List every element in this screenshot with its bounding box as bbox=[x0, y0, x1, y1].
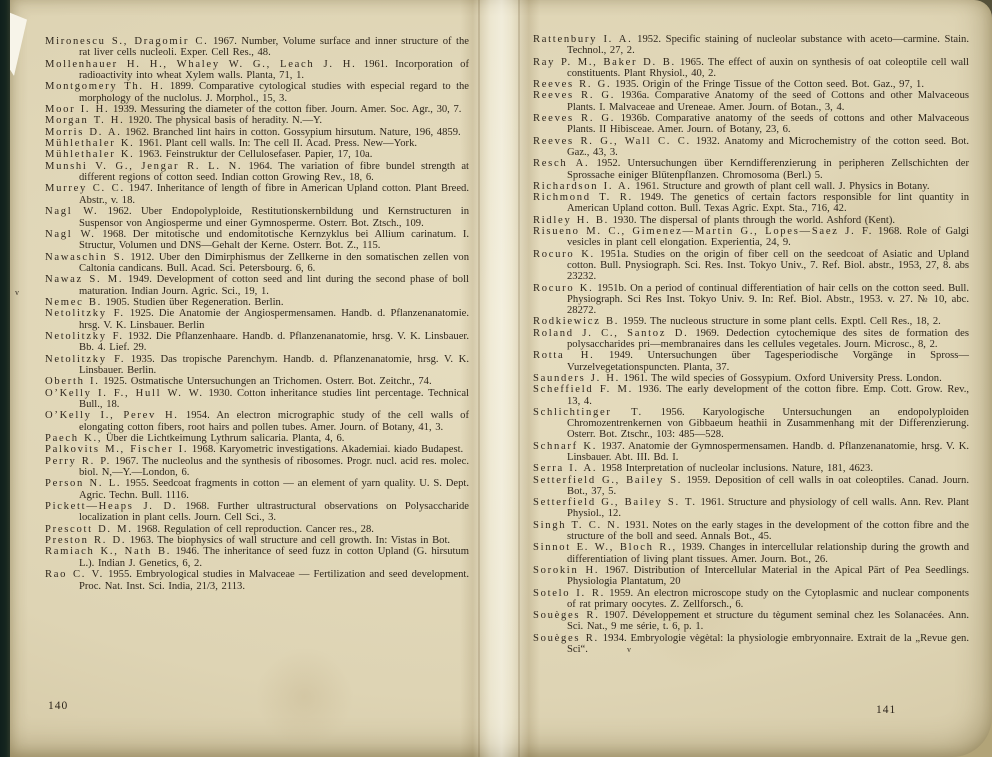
bibliography-entry: Richmond T. R. 1949. The genetics of cer… bbox=[533, 192, 969, 215]
entry-author: Murrey C. C. bbox=[45, 183, 129, 194]
bibliography-entry: Moor I. H. 1939. Messuring the diameter … bbox=[45, 104, 469, 115]
bibliography-entry: Reeves R. G., Wall C. C. 1932. Anatomy a… bbox=[533, 136, 969, 159]
entry-text: 1939. Messuring the diameter of the cott… bbox=[113, 104, 461, 115]
bibliography-entry: Ray P. M., Baker D. B. 1965. The effect … bbox=[533, 57, 969, 80]
entry-author: Pickett—Heaps J. D. bbox=[45, 501, 185, 512]
entry-text: 1952. Untersuchungen über Kerndifferenzi… bbox=[567, 158, 969, 180]
entry-text: 1951b. On a period of continual differen… bbox=[567, 283, 969, 317]
entry-author: Nagl W. bbox=[45, 229, 102, 240]
bibliography-entry: Schlichtinger T. 1956. Karyologische Unt… bbox=[533, 407, 969, 441]
bibliography-entry: Sinnot E. W., Bloch R., 1939. Changes in… bbox=[533, 542, 969, 565]
entry-author: Reeves R. G. bbox=[533, 113, 621, 124]
entry-author: Ramiach K., Nath B. bbox=[45, 546, 175, 557]
bibliography-entry: Rocuro K. 1951a. Studies on the origin o… bbox=[533, 249, 969, 283]
entry-text: 1932. Die Pflanzenhaare. Handb. d. Pflan… bbox=[79, 331, 469, 353]
entry-author: Reeves R. G. bbox=[533, 79, 615, 90]
entry-author: Souèges R. bbox=[533, 633, 603, 644]
entry-text: 1907. Développement et structure du tègu… bbox=[567, 610, 969, 632]
entry-author: Richardson I. A. bbox=[533, 181, 635, 192]
entry-author: Preston R. D. bbox=[45, 535, 130, 546]
left-page-bibliography: Mironescu S., Dragomir C. 1967. Number, … bbox=[45, 36, 469, 592]
entry-text: 1963. Feinstruktur der Cellulosefaser. P… bbox=[138, 149, 372, 160]
bibliography-entry: Sorokin H. 1967. Distribution of Interce… bbox=[533, 565, 969, 588]
bibliography-entry: Reeves R. G. 1936a. Comparative Anatomy … bbox=[533, 90, 969, 113]
entry-text: 1951a. Studies on the origin of fiber ce… bbox=[567, 249, 969, 283]
entry-author: O’Kelly I., Perev H. bbox=[45, 410, 186, 421]
bibliography-entry: Singh T. C. N. 1931. Notes on the early … bbox=[533, 520, 969, 543]
entry-text: 1963. The biophysics of wall structure a… bbox=[130, 535, 450, 546]
bibliography-entry: Mollenhauer H. H., Whaley W. G., Leach J… bbox=[45, 59, 469, 82]
entry-text: 1925. Ostmatische Untersuchungen an Tric… bbox=[103, 376, 431, 387]
entry-text: 1961. The wild species of Gossypium. Oxf… bbox=[624, 373, 942, 384]
bibliography-entry: Oberth I. 1925. Ostmatische Untersuchung… bbox=[45, 376, 469, 387]
entry-author: Rodkiewicz B. bbox=[533, 316, 623, 327]
entry-text: 1920. The physical basis of heradity. N.… bbox=[128, 115, 322, 126]
entry-author: Singh T. C. N. bbox=[533, 520, 625, 531]
bibliography-entry: Palkovits M., Fischer I. 1968. Karyometr… bbox=[45, 444, 469, 455]
entry-author: Risueno M. C., Gimenez—Martin G., Lopes—… bbox=[533, 226, 878, 237]
bibliography-entry: Netolitzky F. 1932. Die Pflanzenhaare. H… bbox=[45, 331, 469, 354]
entry-text: 1925. Die Anatomie der Angiospermensamen… bbox=[79, 308, 469, 330]
entry-author: Sorokin H. bbox=[533, 565, 605, 576]
entry-text: 1949. Development of cotton seed and lin… bbox=[79, 274, 469, 296]
entry-text: 1967. The nucleolus and the synthesis of… bbox=[79, 456, 469, 478]
bibliography-entry: Mühlethaler K. 1963. Feinstruktur der Ce… bbox=[45, 149, 469, 160]
entry-author: Richmond T. R. bbox=[533, 192, 640, 203]
entry-author: Netolitzky F. bbox=[45, 308, 130, 319]
entry-author: Roland J. C., Santoz D. bbox=[533, 328, 695, 339]
bibliography-entry: Setterfield G., Bailey S. T. 1961. Struc… bbox=[533, 497, 969, 520]
bibliography-entry: Serra I. A. 1958 Interpretation of nucle… bbox=[533, 463, 969, 474]
bibliography-entry: Montgomery Th. H. 1899. Comparative cyto… bbox=[45, 81, 469, 104]
bibliography-entry: Rotta H. 1949. Untersuchungen über Tages… bbox=[533, 350, 969, 373]
entry-text: 1936a. Comparative Anatomy of the seed o… bbox=[567, 90, 969, 112]
bibliography-entry: O’Kelly I. F., Hull W. W. 1930. Cotton i… bbox=[45, 388, 469, 411]
entry-text: 1947. Inheritance of length of fibre in … bbox=[79, 183, 469, 205]
entry-author: Resch A. bbox=[533, 158, 597, 169]
entry-author: Munshi V. G., Jengar R. L. N. bbox=[45, 161, 248, 172]
entry-author: O’Kelly I. F., Hull W. W. bbox=[45, 388, 208, 399]
entry-text: 1935. Das tropische Parenchym. Handb. d.… bbox=[79, 354, 469, 376]
entry-author: Setterfield G., Bailey S. T. bbox=[533, 497, 700, 508]
bibliography-entry: Richardson I. A. 1961. Structure and gro… bbox=[533, 181, 969, 192]
bibliography-entry: Rattenbury I. A. 1952. Specific staining… bbox=[533, 34, 969, 57]
entry-author: Ridley H. B. bbox=[533, 215, 613, 226]
bibliography-entry: Morgan T. H. 1920. The physical basis of… bbox=[45, 115, 469, 126]
bibliography-entry: Paech K., Über die Lichtkeimung Lythrum … bbox=[45, 433, 469, 444]
bibliography-entry: Resch A. 1952. Untersuchungen über Kernd… bbox=[533, 158, 969, 181]
entry-text: 1931. Notes on the early stages in the d… bbox=[567, 520, 969, 542]
bibliography-entry: Souèges R. 1907. Développement et struct… bbox=[533, 610, 969, 633]
bibliography-entry: Risueno M. C., Gimenez—Martin G., Lopes—… bbox=[533, 226, 969, 249]
entry-author: Reeves R. G., Wall C. C. bbox=[533, 136, 696, 147]
entry-text: 1961. Plant cell walls. In: The cell II.… bbox=[138, 138, 417, 149]
entry-text: Über die Lichtkeimung Lythrum salicaria.… bbox=[106, 433, 345, 444]
entry-author: Moor I. H. bbox=[45, 104, 113, 115]
entry-author: Mühlethaler K. bbox=[45, 138, 138, 149]
bibliography-entry: v Nemec B. 1905. Studien über Regenerati… bbox=[45, 297, 469, 308]
entry-author: Palkovits M., Fischer I. bbox=[45, 444, 192, 455]
entry-text: 1959. The nucleous structure in some pla… bbox=[623, 316, 941, 327]
page-gutter bbox=[460, 0, 540, 757]
bibliography-entry: Roland J. C., Santoz D. 1969. Dedection … bbox=[533, 328, 969, 351]
bibliography-entry: Ramiach K., Nath B. 1946. The inheritanc… bbox=[45, 546, 469, 569]
entry-author: Souèges R. bbox=[533, 610, 604, 621]
entry-text: 1962. Branched lint hairs in cotton. Gos… bbox=[125, 127, 460, 138]
entry-author: Oberth I. bbox=[45, 376, 103, 387]
page-number-right: 141 bbox=[876, 704, 896, 716]
entry-author: Mühlethaler K. bbox=[45, 149, 138, 160]
entry-text: 1961. Structure and growth of plant cell… bbox=[635, 181, 929, 192]
entry-author: Sotelo I. R. bbox=[533, 588, 609, 599]
entry-author: Perry R. P. bbox=[45, 456, 115, 467]
entry-text: 1937. Anatomie der Gymnospermensamen. Ha… bbox=[567, 441, 969, 463]
bibliography-entry: Munshi V. G., Jengar R. L. N. 1964. The … bbox=[45, 161, 469, 184]
bibliography-entry: Mironescu S., Dragomir C. 1967. Number, … bbox=[45, 36, 469, 59]
entry-author: Morgan T. H. bbox=[45, 115, 128, 126]
entry-author: Rattenbury I. A. bbox=[533, 34, 637, 45]
bibliography-entry: Netolitzky F. 1925. Die Anatomie der Ang… bbox=[45, 308, 469, 331]
entry-author: Ray P. M., Baker D. B. bbox=[533, 57, 680, 68]
entry-text: 1962. Uber Endopolyploide, Restitutionsk… bbox=[79, 206, 469, 228]
entry-author: Prescott D. M. bbox=[45, 524, 136, 535]
bibliography-entry: Nagl W. 1962. Uber Endopolyploide, Resti… bbox=[45, 206, 469, 229]
bibliography-entry: Rao C. V. 1955. Embryological studies in… bbox=[45, 569, 469, 592]
entry-author: Montgomery Th. H. bbox=[45, 81, 170, 92]
bibliography-entry: Netolitzky F. 1935. Das tropische Parenc… bbox=[45, 354, 469, 377]
scanned-book-spread: Mironescu S., Dragomir C. 1967. Number, … bbox=[10, 0, 992, 757]
entry-text: 1959. An electron microscope study on th… bbox=[567, 588, 969, 610]
entry-author: Saunders J. H. bbox=[533, 373, 624, 384]
bibliography-entry: Nagl W. 1968. Der mitotische und endomit… bbox=[45, 229, 469, 252]
right-page-bibliography: Rattenbury I. A. 1952. Specific staining… bbox=[533, 34, 969, 655]
entry-author: Nagl W. bbox=[45, 206, 108, 217]
entry-text: 1949. Untersuchungen über Tagesperiodisc… bbox=[567, 350, 969, 372]
entry-author: Person N. L. bbox=[45, 478, 125, 489]
entry-text: 1905. Studien über Regeneration. Berlin. bbox=[106, 297, 284, 308]
entry-text: 1968. Der mitotische und endomitotische … bbox=[79, 229, 469, 251]
entry-text: 1935. Origin of the Fringe Tissue of the… bbox=[615, 79, 924, 90]
page-number-left: 140 bbox=[48, 700, 68, 712]
entry-author: Sinnot E. W., Bloch R., bbox=[533, 542, 681, 553]
entry-author: Rotta H. bbox=[533, 350, 609, 361]
entry-author: Netolitzky F. bbox=[45, 331, 128, 342]
bibliography-entry: Prescott D. M. 1968. Regulation of cell … bbox=[45, 524, 469, 535]
entry-text: 1967. Distribution of Intercellular Mate… bbox=[567, 565, 969, 587]
entry-author: Mollenhauer H. H., Whaley W. G., Leach J… bbox=[45, 59, 364, 70]
bibliography-entry: Mühlethaler K. 1961. Plant cell walls. I… bbox=[45, 138, 469, 149]
bibliography-entry: Morris D. A. 1962. Branched lint hairs i… bbox=[45, 127, 469, 138]
bibliography-entry: Murrey C. C. 1947. Inheritance of length… bbox=[45, 183, 469, 206]
bibliography-entry: Rocuro K. 1951b. On a period of continua… bbox=[533, 283, 969, 317]
entry-text: 1912. Uber den Dimirphismus der Zellkern… bbox=[79, 252, 469, 274]
bibliography-entry: Nawaz S. M. 1949. Development of cotton … bbox=[45, 274, 469, 297]
entry-author: Serra I. A. bbox=[533, 463, 601, 474]
bibliography-entry: Nawaschin S. 1912. Uber den Dimirphismus… bbox=[45, 252, 469, 275]
entry-text: 1930. The dispersal of plants through th… bbox=[613, 215, 895, 226]
bibliography-entry: Perry R. P. 1967. The nucleolus and the … bbox=[45, 456, 469, 479]
bibliography-entry: Setterfield G., Bailey S. 1959. Depositi… bbox=[533, 475, 969, 498]
bibliography-entry: O’Kelly I., Perev H. 1954. An electron m… bbox=[45, 410, 469, 433]
bibliography-entry: Reeves R. G. 1935. Origin of the Fringe … bbox=[533, 79, 969, 90]
entry-author: Nemec B. bbox=[45, 297, 106, 308]
gutter-crease bbox=[518, 0, 520, 757]
entry-author: Rao C. V. bbox=[45, 569, 108, 580]
entry-author: Setterfield G., Bailey S. bbox=[533, 475, 687, 486]
entry-author: Reeves R. G. bbox=[533, 90, 621, 101]
bibliography-entry: v Souèges R. 1934. Embryologie vègètal: … bbox=[533, 633, 969, 656]
entry-author: Nawaz S. M. bbox=[45, 274, 128, 285]
entry-author: Schnarf K. bbox=[533, 441, 601, 452]
entry-author: Scheffield F. M. bbox=[533, 384, 638, 395]
entry-text: 1955. Seedcoat fragments in cotton — an … bbox=[79, 478, 469, 500]
entry-author: Mironescu S., Dragomir C. bbox=[45, 36, 213, 47]
entry-text: 1936b. Comparative anatomy of the seeds … bbox=[567, 113, 969, 135]
bibliography-entry: Preston R. D. 1963. The biophysics of wa… bbox=[45, 535, 469, 546]
bibliography-entry: Reeves R. G. 1936b. Comparative anatomy … bbox=[533, 113, 969, 136]
bibliography-entry: Pickett—Heaps J. D. 1968. Further ultras… bbox=[45, 501, 469, 524]
bibliography-entry: Scheffield F. M. 1936. The early develop… bbox=[533, 384, 969, 407]
bibliography-entry: Schnarf K. 1937. Anatomie der Gymnosperm… bbox=[533, 441, 969, 464]
entry-text: 1958 Interpretation of nucleolar inclusi… bbox=[601, 463, 873, 474]
entry-author: Rocuro K. bbox=[533, 283, 597, 294]
book-cover-edge-left bbox=[0, 0, 10, 757]
entry-text: 1968. Karyometric investigations. Akadem… bbox=[192, 444, 463, 455]
bibliography-entry: Sotelo I. R. 1959. An electron microscop… bbox=[533, 588, 969, 611]
entry-author: Netolitzky F. bbox=[45, 354, 131, 365]
entry-author: Schlichtinger T. bbox=[533, 407, 661, 418]
scan-edge-right bbox=[992, 0, 1000, 757]
bibliography-entry: Ridley H. B. 1930. The dispersal of plan… bbox=[533, 215, 969, 226]
entry-author: Rocuro K. bbox=[533, 249, 600, 260]
entry-text: 1955. Embryological studies in Malvaceae… bbox=[79, 569, 469, 591]
entry-author: Morris D. A. bbox=[45, 127, 125, 138]
entry-author: Nawaschin S. bbox=[45, 252, 130, 263]
entry-text: 1968. Regulation of cell reproduction. C… bbox=[136, 524, 374, 535]
bibliography-entry: Person N. L. 1955. Seedcoat fragments in… bbox=[45, 478, 469, 501]
entry-author: Paech K., bbox=[45, 433, 106, 444]
bibliography-entry: Rodkiewicz B. 1959. The nucleous structu… bbox=[533, 316, 969, 327]
gutter-crease bbox=[478, 0, 480, 757]
bibliography-entry: Saunders J. H. 1961. The wild species of… bbox=[533, 373, 969, 384]
